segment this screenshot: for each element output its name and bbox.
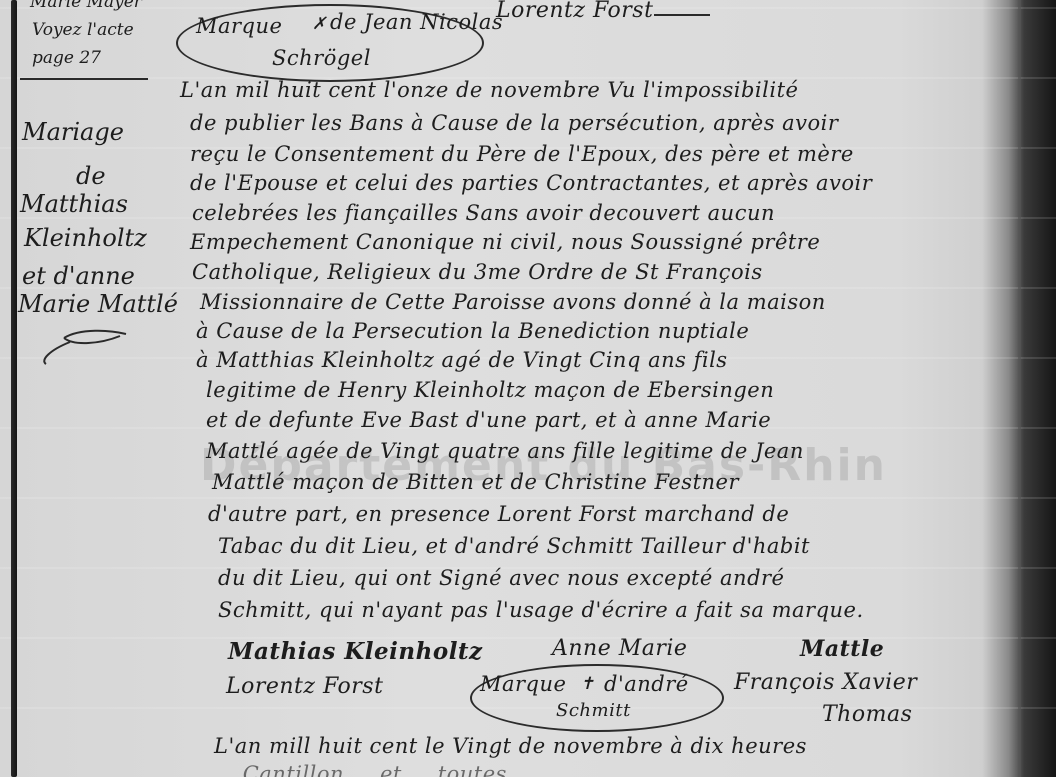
body-line-3: reçu le Consentement du Père de l'Epoux,…	[190, 144, 854, 165]
body-line-14: Mattlé maçon de Bitten et de Christine F…	[212, 472, 739, 493]
top-note-line1: Marie Mayer	[30, 0, 142, 11]
register-page: Département du Bas-Rhin Marie Mayer Voye…	[0, 0, 1056, 777]
body-line-18: Schmitt, qui n'ayant pas l'usage d'écrir…	[218, 600, 864, 621]
body-line-10: à Matthias Kleinholtz agé de Vingt Cinq …	[196, 350, 728, 371]
body-line-17: du dit Lieu, qui ont Signé avec nous exc…	[218, 568, 785, 589]
next-entry-line2: ... Cantillon ... et ... toutes	[214, 764, 507, 777]
margin-title-line6: Marie Mattlé	[18, 292, 178, 316]
body-line-4: de l'Epouse et celui des parties Contrac…	[190, 173, 872, 194]
margin-flourish-icon	[30, 320, 150, 370]
groom-signature: Mathias Kleinholtz	[228, 640, 483, 663]
body-line-7: Catholique, Religieux du 3me Ordre de St…	[192, 262, 763, 283]
witness-signature: Lorentz Forst	[226, 676, 383, 698]
margin-title-line4: Kleinholtz	[24, 226, 147, 250]
bottom-mark-of: d'andré	[604, 674, 689, 695]
body-line-2: de publier les Bans à Cause de la perséc…	[190, 113, 838, 134]
body-line-11: legitime de Henry Kleinholtz maçon de Eb…	[206, 380, 774, 401]
top-mark-label: Marque	[196, 16, 282, 37]
body-line-1: L'an mil huit cent l'onze de novembre Vu…	[180, 80, 798, 101]
page-binding	[1018, 0, 1021, 777]
body-line-6: Empechement Canonique ni civil, nous Sou…	[190, 232, 820, 253]
next-entry-line1: L'an mill huit cent le Vingt de novembre…	[214, 736, 807, 757]
top-witness-signature: Lorentz Forst	[496, 0, 653, 22]
body-line-12: et de defunte Eve Bast d'une part, et à …	[206, 410, 771, 431]
top-mark-of: de Jean Nicolas	[330, 12, 503, 33]
body-line-15: d'autre part, en presence Lorent Forst m…	[208, 504, 789, 525]
body-line-9: à Cause de la Persecution la Benediction…	[196, 321, 749, 342]
body-line-16: Tabac du dit Lieu, et d'andré Schmitt Ta…	[218, 536, 810, 557]
top-mark-cross-icon: ✗	[312, 16, 326, 33]
top-note-underline	[20, 78, 148, 80]
signature-underline	[654, 14, 710, 16]
bride-signature-surname: Mattle	[800, 638, 884, 660]
margin-title-line1: Mariage	[22, 120, 124, 144]
top-note-line3: page 27	[32, 50, 101, 67]
margin-rule	[11, 0, 17, 777]
top-mark-surname: Schrögel	[272, 48, 371, 69]
body-line-13: Mattlé agée de Vingt quatre ans fille le…	[206, 441, 804, 462]
body-line-5: celebrées les fiançailles Sans avoir dec…	[192, 203, 775, 224]
margin-title-line3: Matthias	[20, 192, 128, 216]
body-line-8: Missionnaire de Cette Paroisse avons don…	[200, 292, 826, 313]
top-note-line2: Voyez l'acte	[32, 22, 134, 39]
bottom-mark-cross-icon: ✝	[580, 676, 594, 693]
priest-signature-surname: Thomas	[822, 704, 912, 726]
bottom-mark-surname: Schmitt	[556, 702, 631, 720]
bottom-mark-label: Marque	[480, 674, 566, 695]
margin-title-line5: et d'anne	[22, 264, 135, 288]
margin-title-line2: de	[76, 164, 106, 188]
bride-signature-first: Anne Marie	[552, 638, 687, 660]
priest-signature-name: François Xavier	[734, 672, 917, 694]
